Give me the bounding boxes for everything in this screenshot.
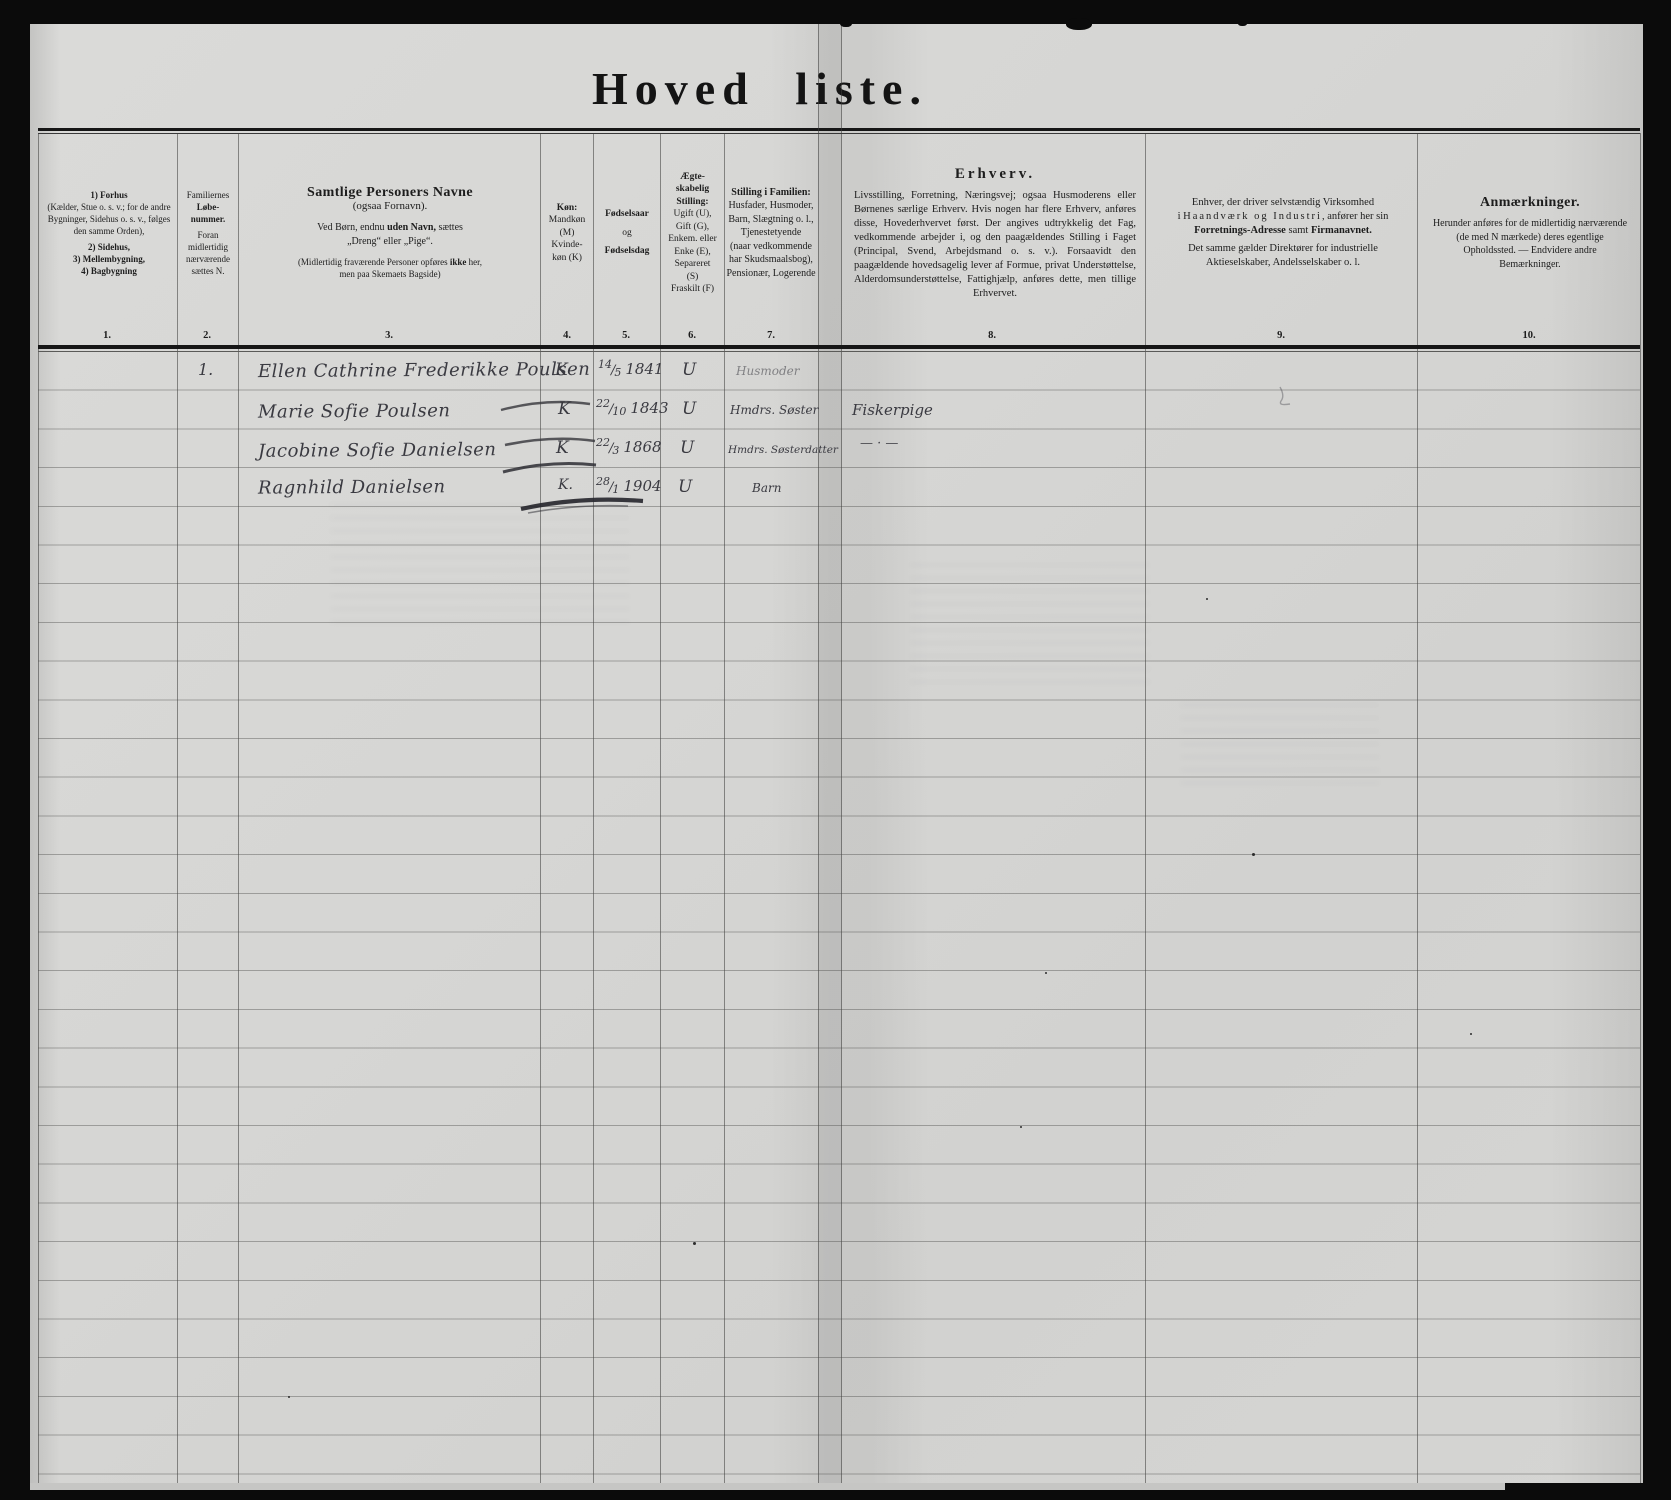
- table-row: Ragnhild Danielsen K. 28/11904 U Barn: [30, 473, 1630, 511]
- dust-speck: [1252, 853, 1255, 856]
- colnum-6: 6.: [661, 330, 723, 346]
- sex-value: K: [555, 360, 568, 380]
- bleedthrough-ghost: [910, 564, 1150, 684]
- header-anmaerkninger-body: Herunder anføres for de midlertidig nærv…: [1432, 217, 1628, 271]
- header-stilling-i-familien: Stilling i Familien:: [731, 186, 810, 200]
- header-foran: Foran: [198, 229, 219, 241]
- colnum-7: 7.: [725, 330, 817, 346]
- header-og: og: [622, 227, 632, 240]
- header-col-position: Stilling i Familien: Husfader, Husmoder,…: [720, 136, 822, 330]
- dust-speck: [288, 1396, 290, 1398]
- scan-edge-blob: [840, 20, 852, 27]
- header-loebe: Løbe-: [197, 201, 220, 213]
- page-title: Hoved liste.: [30, 62, 1490, 115]
- table-row: Marie Sofie Poulsen K 22/101843 U Hmdrs.…: [30, 395, 1630, 433]
- header-m: (M): [560, 227, 575, 240]
- faint-pen-mark: [1266, 384, 1296, 412]
- header-heavy-rule: [38, 345, 1640, 349]
- header-nummer: nummer.: [191, 213, 225, 225]
- scan-edge-blob: [1066, 18, 1092, 30]
- header-saettes-n: sættes N.: [191, 265, 224, 277]
- birth-date: 22/101843: [596, 397, 669, 418]
- header-names-dreng-pige: „Dreng“ eller „Pige“.: [347, 235, 433, 249]
- header-names-children: Ved Børn, endnu uden Navn, sættes: [317, 221, 463, 235]
- header-ugift: Ugift (U),: [674, 208, 712, 221]
- header-forretningsadresse: Forretnings-Adresse samt Firmanavnet.: [1194, 224, 1372, 238]
- table-right-edge-line: [1640, 133, 1641, 1483]
- header-names-title: Samtlige Personers Navne: [307, 186, 473, 200]
- ink-flourish: [500, 458, 600, 476]
- family-number: 1.: [198, 360, 213, 379]
- family-position: Hmdrs. Søster: [730, 403, 818, 417]
- header-husfader: Husfader, Husmoder,: [728, 199, 813, 213]
- person-name: Ellen Cathrine Frederikke Poulsen: [258, 359, 590, 382]
- header-koen: Køn:: [557, 202, 578, 215]
- header-s: (S): [687, 271, 699, 284]
- colnum-4: 4.: [541, 330, 593, 346]
- dust-speck: [1020, 1126, 1022, 1128]
- birth-date: 14/51841: [598, 358, 664, 379]
- ink-flourish: [502, 432, 598, 450]
- colnum-5: 5.: [594, 330, 658, 346]
- header-bagbygning: 4) Bagbygning: [81, 265, 137, 277]
- header-pensionaer: Pensionær, Logerende: [726, 267, 815, 281]
- header-midlertidig: midlertidig: [188, 241, 228, 253]
- header-tjenestetyende: Tjenestetyende: [741, 226, 802, 240]
- header-enke: Enke (E),: [674, 246, 710, 259]
- occupation-value: Fiskerpige: [852, 401, 933, 419]
- next-page-edge: [30, 1483, 1505, 1490]
- birth-date: 22/31868: [596, 436, 662, 457]
- colnum-1: 1.: [57, 330, 157, 346]
- row-ruling: [38, 352, 1640, 1476]
- header-foedselsaar: Fødselsaar: [605, 208, 649, 221]
- header-direktoerer: Det samme gælder Direktører for industri…: [1188, 242, 1378, 256]
- header-kvinde: Kvinde-: [551, 239, 582, 252]
- colnum-8: 8.: [842, 330, 1142, 346]
- header-enhver: Enhver, der driver selvstændig Virksomhe…: [1192, 196, 1374, 210]
- dust-speck: [693, 1242, 696, 1245]
- header-col-remarks: Anmærkninger. Herunder anføres for de mi…: [1430, 136, 1630, 330]
- marital-status: U: [678, 477, 692, 497]
- header-col-occupation: Erhverv. Livsstilling, Forretning, Nærin…: [852, 136, 1138, 330]
- header-col-family-number: Familiernes Løbe- nummer. Foran midlerti…: [179, 136, 237, 330]
- colnum-3: 3.: [239, 330, 539, 346]
- header-k: køn (K): [552, 252, 582, 265]
- header-mellembygning: 3) Mellembygning,: [73, 253, 145, 265]
- table-row: 1. Ellen Cathrine Frederikke Poulsen K 1…: [30, 356, 1630, 394]
- person-name: Ragnhild Danielsen: [258, 476, 446, 498]
- header-aegte: Ægte-: [680, 171, 705, 184]
- header-mandkoen: Mandkøn: [549, 214, 585, 227]
- bleedthrough-ghost: [1180, 704, 1380, 794]
- header-naar: (naar vedkommende: [730, 240, 812, 254]
- header-col-sex: Køn: Mandkøn (M) Kvinde- køn (K): [542, 136, 592, 330]
- header-aktieselskaber: Aktieselskaber, Andelsselskaber o. l.: [1206, 256, 1360, 270]
- census-form-page: Hoved liste. 1) Forhus (Kælder, Stue o. …: [30, 24, 1643, 1483]
- header-anmaerkninger-title: Anmærkninger.: [1480, 195, 1580, 211]
- colnum-2: 2.: [177, 330, 237, 346]
- header-sidehus: 2) Sidehus,: [88, 241, 130, 253]
- colnum-10: 10.: [1418, 330, 1640, 346]
- header-col-names: Samtlige Personers Navne (ogsaa Fornavn)…: [244, 136, 536, 330]
- occupation-ditto: — · —: [860, 436, 898, 451]
- family-position: Husmoder: [736, 364, 799, 378]
- header-skabelig: skabelig: [676, 183, 709, 196]
- colnum-9: 9.: [1146, 330, 1416, 346]
- family-position: Hmdrs. Søsterdatter: [728, 444, 838, 456]
- header-haandvaerk: i Haandværk og Industri, anfører her sin: [1178, 210, 1389, 224]
- header-names-note2: men paa Skemaets Bagside): [339, 268, 440, 280]
- marital-status: U: [682, 399, 696, 419]
- sex-value: K.: [558, 477, 573, 493]
- header-forhus-note: (Kælder, Stue o. s. v.; for de andre Byg…: [44, 201, 174, 237]
- header-col-buildings: 1) Forhus (Kælder, Stue o. s. v.; for de…: [44, 136, 174, 330]
- person-name: Marie Sofie Poulsen: [258, 400, 451, 422]
- bleedthrough-ghost: [330, 504, 630, 634]
- birth-date: 28/11904: [596, 475, 662, 496]
- marital-status: U: [680, 438, 694, 458]
- header-stilling: Stilling:: [676, 196, 708, 209]
- ink-flourish: [498, 396, 594, 414]
- header-names-sub: (ogsaa Fornavn).: [353, 200, 428, 214]
- scan-edge-blob: [1238, 21, 1247, 26]
- dust-speck: [1045, 972, 1047, 974]
- header-fraskilt: Fraskilt (F): [671, 283, 714, 296]
- header-gift: Gift (G),: [676, 221, 709, 234]
- header-erhverv-body: Livsstilling, Forretning, Næringsvej; og…: [854, 189, 1136, 301]
- family-position: Barn: [752, 481, 781, 495]
- table-row: Jacobine Sofie Danielsen K 22/31868 U Hm…: [30, 434, 1630, 472]
- header-col-birth: Fødselsaar og Fødselsdag: [595, 136, 659, 330]
- header-barn: Barn, Slægtning o. l.,: [728, 213, 813, 227]
- dust-speck: [1206, 598, 1208, 600]
- header-col-marital: Ægte- skabelig Stilling: Ugift (U), Gift…: [662, 136, 723, 330]
- header-enkem: Enkem. eller: [668, 233, 717, 246]
- header-naervaerende: nærværende: [186, 253, 230, 265]
- header-foedselsdag: Fødselsdag: [605, 245, 650, 258]
- header-erhverv-title: Erhverv.: [955, 166, 1035, 183]
- header-skudsmaalsbog: har Skudsmaalsbog),: [729, 253, 813, 267]
- dust-speck: [1470, 1033, 1472, 1035]
- header-familiernes: Familiernes: [187, 189, 230, 201]
- header-forhus: 1) Forhus: [90, 189, 127, 201]
- person-name: Jacobine Sofie Danielsen: [258, 439, 497, 462]
- marital-status: U: [682, 360, 696, 380]
- header-col-business: Enhver, der driver selvstændig Virksomhe…: [1155, 136, 1411, 330]
- header-names-note: (Midlertidig fraværende Personer opføres…: [298, 256, 482, 268]
- header-separeret: Separeret: [675, 258, 711, 271]
